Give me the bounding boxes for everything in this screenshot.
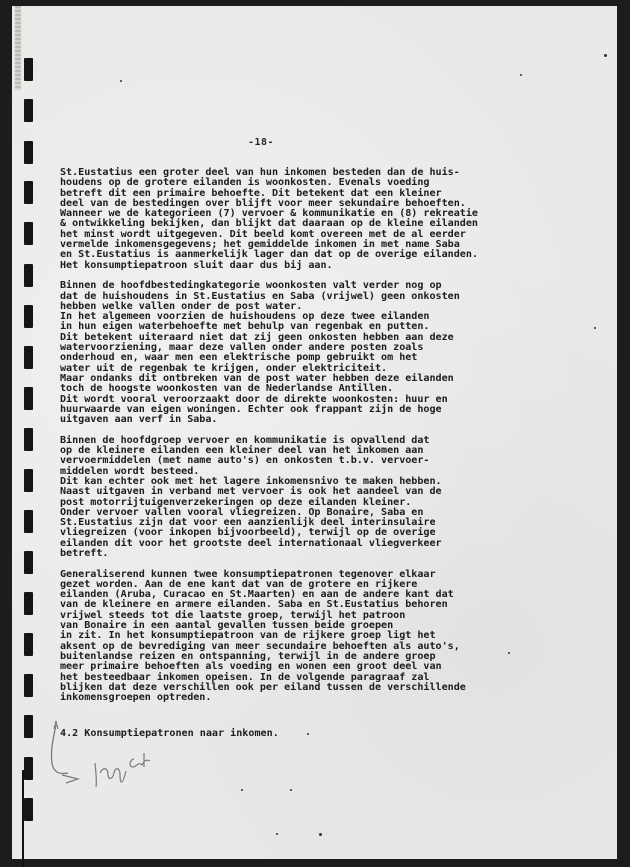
punch-hole <box>24 141 33 164</box>
punch-hole <box>24 633 33 656</box>
text-line: meer primaire behoeften als voeding en w… <box>60 662 580 672</box>
punch-hole <box>24 264 33 287</box>
punch-hole <box>24 798 33 821</box>
speck <box>290 789 292 791</box>
punch-hole <box>24 346 33 369</box>
margin-rule <box>22 770 24 867</box>
punch-hole <box>24 510 33 533</box>
paragraph-transport: Binnen de hoofdgroep vervoer en kommunik… <box>60 436 580 560</box>
body-text: St.Eustatius een groter deel van hun ink… <box>60 168 580 714</box>
speck <box>520 74 522 76</box>
punch-hole <box>24 99 33 122</box>
punch-hole <box>24 305 33 328</box>
speck <box>604 54 607 57</box>
text-line: toch de hoogste woonkosten van de Nederl… <box>60 384 580 394</box>
punch-hole <box>24 757 33 780</box>
punch-hole <box>24 551 33 574</box>
punch-hole <box>24 469 33 492</box>
speck <box>120 80 122 82</box>
text-line: betreft. <box>60 549 580 559</box>
punch-hole <box>24 387 33 410</box>
speck <box>508 652 510 654</box>
speck <box>241 789 243 791</box>
punch-hole <box>24 592 33 615</box>
text-line: Het konsumptiepatroon sluit daar dus bij… <box>60 261 580 271</box>
speck <box>307 733 309 735</box>
punch-hole <box>24 181 33 204</box>
punch-hole <box>24 222 33 245</box>
speck <box>594 327 596 329</box>
handwritten-annotation-icon <box>40 715 190 790</box>
page-number: -18- <box>248 137 274 148</box>
binding-tape <box>15 6 21 90</box>
punch-hole <box>24 715 33 738</box>
text-line: Naast uitgaven in verband met vervoer is… <box>60 487 580 497</box>
punch-hole <box>24 428 33 451</box>
text-line: uitgaven aan verf in Saba. <box>60 415 580 425</box>
punch-hole <box>24 58 33 81</box>
paragraph-consumption-patterns: Generaliserend kunnen twee konsumptiepat… <box>60 570 580 704</box>
punch-hole <box>24 674 33 697</box>
text-line: inkomensgroepen optreden. <box>60 693 580 703</box>
text-line: eilanden dit voor het grootste deel inte… <box>60 539 580 549</box>
paragraph-housing-costs: St.Eustatius een groter deel van hun ink… <box>60 168 580 271</box>
speck <box>276 833 278 835</box>
paragraph-water: Binnen de hoofdbestedingkategorie woonko… <box>60 281 580 425</box>
speck <box>319 833 322 836</box>
